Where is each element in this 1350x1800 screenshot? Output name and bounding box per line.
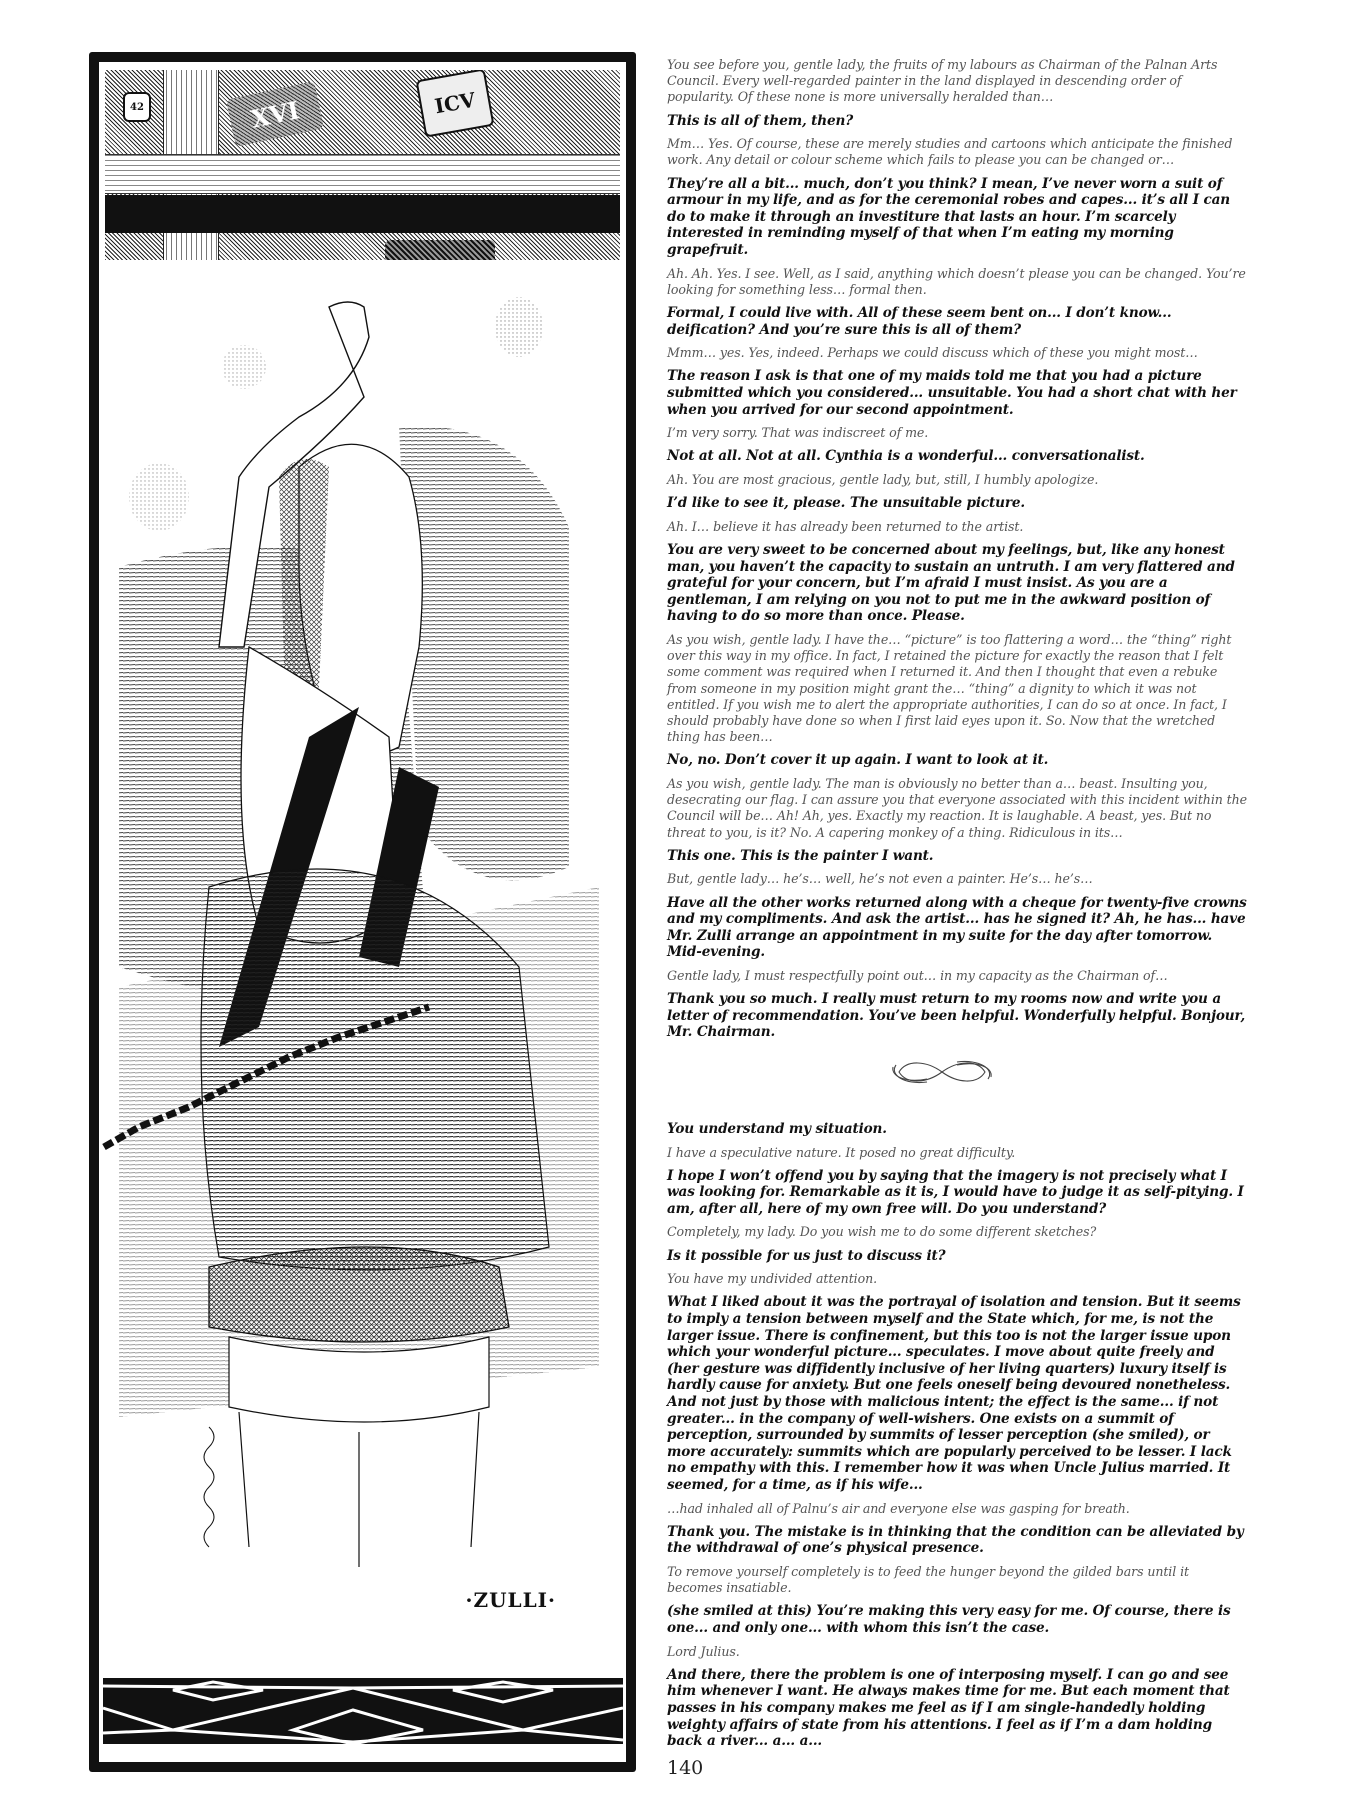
shelf-board: [105, 154, 620, 194]
chairman-line: But, gentle lady… he’s… well, he’s not e…: [667, 871, 1247, 887]
lady-line: And there, there the problem is one of i…: [667, 1667, 1247, 1750]
lady-line: I hope I won’t offend you by saying that…: [667, 1168, 1247, 1218]
illustration-frame: 42 XVI ICV: [89, 52, 636, 1772]
chairman-line: Mm… Yes. Of course, these are merely stu…: [667, 136, 1247, 168]
artist-signature: ·ZULLI·: [466, 1588, 556, 1612]
seated-figure-drawing: [99, 267, 626, 1597]
infinity-flourish-icon: [887, 1057, 997, 1087]
chairman-line: As you wish, gentle lady. The man is obv…: [667, 776, 1247, 841]
lady-line: Not at all. Not at all. Cynthia is a won…: [667, 448, 1247, 465]
artist-line: Lord Julius.: [667, 1644, 1247, 1660]
chairman-line: Ah. I… believe it has already been retur…: [667, 519, 1247, 535]
book-spine: [385, 240, 495, 260]
chairman-line: As you wish, gentle lady. I have the… “p…: [667, 632, 1247, 745]
bookshelf-band: 42 XVI ICV: [105, 70, 620, 260]
lady-line: No, no. Don’t cover it up again. I want …: [667, 752, 1247, 769]
page-number: 140: [667, 1757, 703, 1779]
book-spine: XVI: [226, 81, 324, 147]
lady-line: Formal, I could live with. All of these …: [667, 305, 1247, 338]
lady-line: (she smiled at this) You’re making this …: [667, 1603, 1247, 1636]
artist-line: I have a speculative nature. It posed no…: [667, 1145, 1247, 1161]
artist-line: To remove yourself completely is to feed…: [667, 1564, 1247, 1596]
artist-line: You have my undivided attention.: [667, 1271, 1247, 1287]
book-spine: 42: [123, 92, 151, 122]
lady-line: This one. This is the painter I want.: [667, 848, 1247, 865]
lady-line: I’d like to see it, please. The unsuitab…: [667, 495, 1247, 512]
lady-line: What I liked about it was the portrayal …: [667, 1294, 1247, 1493]
lady-line: Have all the other works returned along …: [667, 895, 1247, 961]
lady-line: Thank you. The mistake is in thinking th…: [667, 1524, 1247, 1557]
shelf-shadow: [105, 195, 620, 233]
lady-line: This is all of them, then?: [667, 113, 1247, 130]
chairman-line: I’m very sorry. That was indiscreet of m…: [667, 425, 1247, 441]
chairman-line: You see before you, gentle lady, the fru…: [667, 57, 1247, 106]
lady-line: You understand my situation.: [667, 1121, 1247, 1138]
chairman-line: Gentle lady, I must respectfully point o…: [667, 968, 1247, 984]
lady-line: You are very sweet to be concerned about…: [667, 542, 1247, 625]
dialogue-column: You see before you, gentle lady, the fru…: [667, 57, 1247, 1757]
chairman-line: Ah. You are most gracious, gentle lady, …: [667, 472, 1247, 488]
book-spine: ICV: [415, 70, 494, 138]
diamond-pattern-band: [103, 1678, 623, 1744]
artist-line: …had inhaled all of Palnu’s air and ever…: [667, 1501, 1247, 1517]
lady-line: They’re all a bit... much, don’t you thi…: [667, 176, 1247, 259]
illustration: 42 XVI ICV: [99, 62, 626, 1762]
lady-line: Is it possible for us just to discuss it…: [667, 1248, 1247, 1265]
lady-line: Thank you so much. I really must return …: [667, 991, 1247, 1041]
chairman-line: Mmm… yes. Yes, indeed. Perhaps we could …: [667, 345, 1247, 361]
lady-line: The reason I ask is that one of my maids…: [667, 368, 1247, 418]
chairman-line: Ah. Ah. Yes. I see. Well, as I said, any…: [667, 266, 1247, 298]
artist-line: Completely, my lady. Do you wish me to d…: [667, 1224, 1247, 1240]
